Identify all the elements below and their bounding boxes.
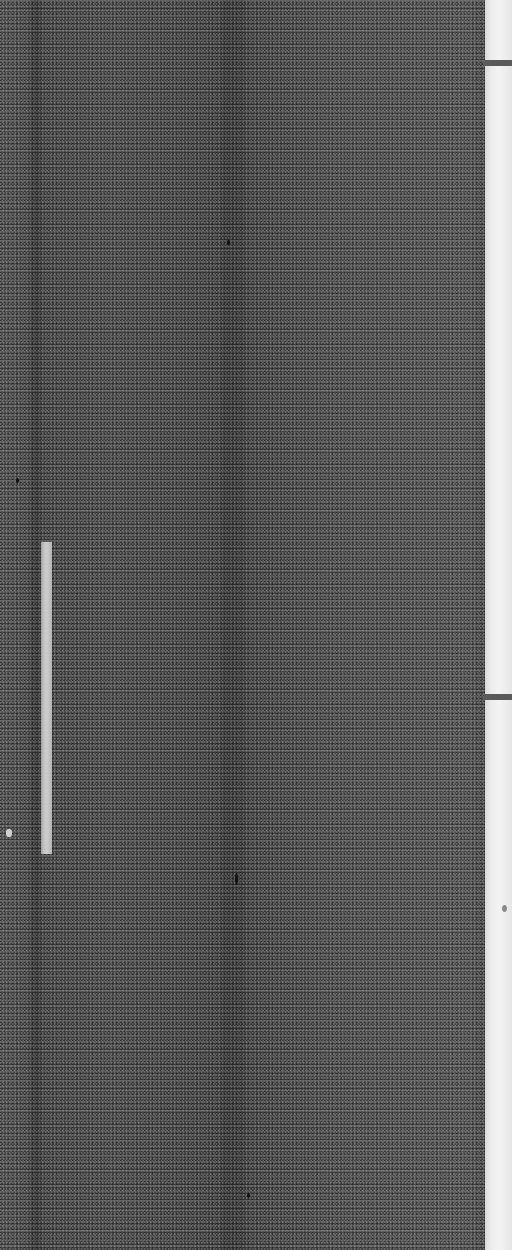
edge-line-marking [485, 0, 512, 1250]
lane-dash-marking [41, 542, 52, 854]
wheel-track-center [222, 0, 244, 1250]
debris-spot [6, 829, 12, 837]
pavement-pit [227, 240, 230, 245]
pavement-pit [235, 873, 238, 885]
edge-line-joint [484, 694, 512, 700]
edge-line-joint [484, 60, 512, 66]
wheel-track-left [30, 0, 40, 1250]
pavement-pit [16, 478, 19, 483]
pavement-pit [247, 1193, 250, 1198]
road-aerial-photo [0, 0, 512, 1250]
edge-line-stain [502, 905, 507, 912]
